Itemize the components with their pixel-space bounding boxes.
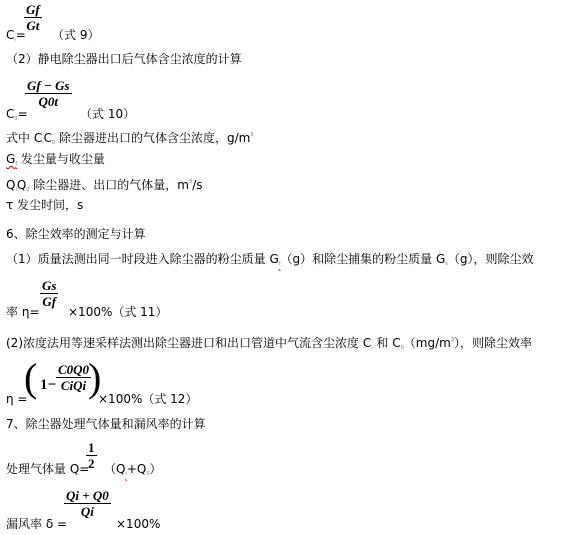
heading-electrostatic-outlet: （2）静电除尘器出口后气体含尘浓度的计算: [6, 52, 242, 66]
numerator: Gf: [24, 2, 42, 17]
text: （g），则除尘效: [448, 252, 534, 266]
formula-11-tail: ×100%（式 11）: [68, 305, 167, 319]
text: ）: [150, 462, 162, 476]
section-6-title: 6、除尘效率的测定与计算: [6, 227, 146, 241]
text: (2)浓度法用等速采样法测出除尘器进口和出口管道中气流含尘浓度 C: [6, 336, 371, 350]
denominator: Qi: [79, 504, 96, 519]
formula-10-fraction: Gf − Gs Q0t: [25, 78, 72, 109]
numerator: Gs: [40, 278, 58, 293]
formula-11-fraction: Gs Gf: [40, 278, 58, 309]
text: （g）和除尘捕集的粉尘质量 G: [281, 252, 446, 266]
definition-concentration: 式中 CiC0 除尘器进出口的气体含尘浓度，g/m3: [6, 128, 254, 150]
text: 式中 C: [6, 131, 42, 145]
numerator: 1: [86, 440, 97, 455]
text: +Q: [127, 462, 147, 476]
definition-gas-volume: QiQ0 除尘器进、出口的气体量，m3/s: [6, 175, 202, 197]
text: （Q: [104, 462, 125, 476]
text: 除尘器进出口的气体含尘浓度，g/m: [55, 131, 250, 145]
definition-dust-amount: Gf 发尘量与收尘量: [6, 152, 105, 171]
g-symbol: G: [6, 152, 15, 166]
denominator: CiQi: [59, 378, 88, 393]
formula-leak-tail: ×100%: [116, 517, 160, 531]
equals: =: [18, 107, 28, 121]
formula-q-fraction: 1 2: [86, 440, 97, 471]
text: 发尘量与收尘量: [17, 152, 105, 166]
text: ），则除尘效率: [454, 336, 532, 350]
denominator: 2: [86, 456, 97, 471]
section-6-mass-method: （1）质量法测出同一时段进入除尘器的粉尘质量 Gf（g）和除尘捕集的粉尘质量 G…: [6, 252, 533, 271]
formula-leak-fraction: Qi + Q0 Qi: [64, 488, 111, 519]
numerator: Gf − Gs: [25, 78, 72, 93]
formula-q-lhs: 处理气体量 Q=: [6, 462, 89, 476]
formula-q-tail: （Qi+Q0）: [104, 462, 162, 481]
text: 和 C: [373, 336, 401, 350]
section-6-concentration-method: (2)浓度法用等速采样法测出除尘器进口和出口管道中气流含尘浓度 Ci 和 C0（…: [6, 333, 532, 355]
superscript: 3: [250, 132, 253, 138]
numerator: C0Q0: [56, 362, 91, 377]
q-symbol: Q: [17, 178, 26, 192]
definition-time: τ 发尘时间，s: [6, 198, 83, 212]
text: 除尘器进、出口的气体量，m: [29, 178, 189, 192]
numerator: Qi + Q0: [64, 488, 111, 503]
denominator: Q0t: [37, 94, 61, 109]
left-paren: (: [24, 358, 37, 398]
spellcheck-mark: Gf: [6, 152, 17, 166]
denominator: Gt: [24, 18, 41, 33]
formula-9-lhs: Ci=: [6, 28, 26, 47]
formula-9-fraction: Gf Gt: [24, 2, 42, 33]
formula-10-lhs: C0=: [6, 107, 28, 126]
denominator: Gf: [40, 294, 58, 309]
text: （1）质量法测出同一时段进入除尘器的粉尘质量 G: [6, 252, 279, 266]
formula-12-fraction: C0Q0 CiQi: [56, 362, 91, 393]
formula-10-label: （式 10）: [80, 107, 135, 121]
text: C: [44, 131, 52, 145]
text: /s: [192, 178, 202, 192]
section-7-title: 7、除尘器处理气体量和漏风率的计算: [6, 417, 206, 431]
formula-leak-lhs: 漏风率 δ =: [6, 517, 67, 531]
formula-12-tail: ×100%（式 12）: [98, 392, 197, 406]
formula-9-label: （式 9）: [52, 28, 99, 42]
formula-11-lhs: 率 η=: [6, 305, 39, 319]
text: （mg/m: [404, 336, 451, 350]
